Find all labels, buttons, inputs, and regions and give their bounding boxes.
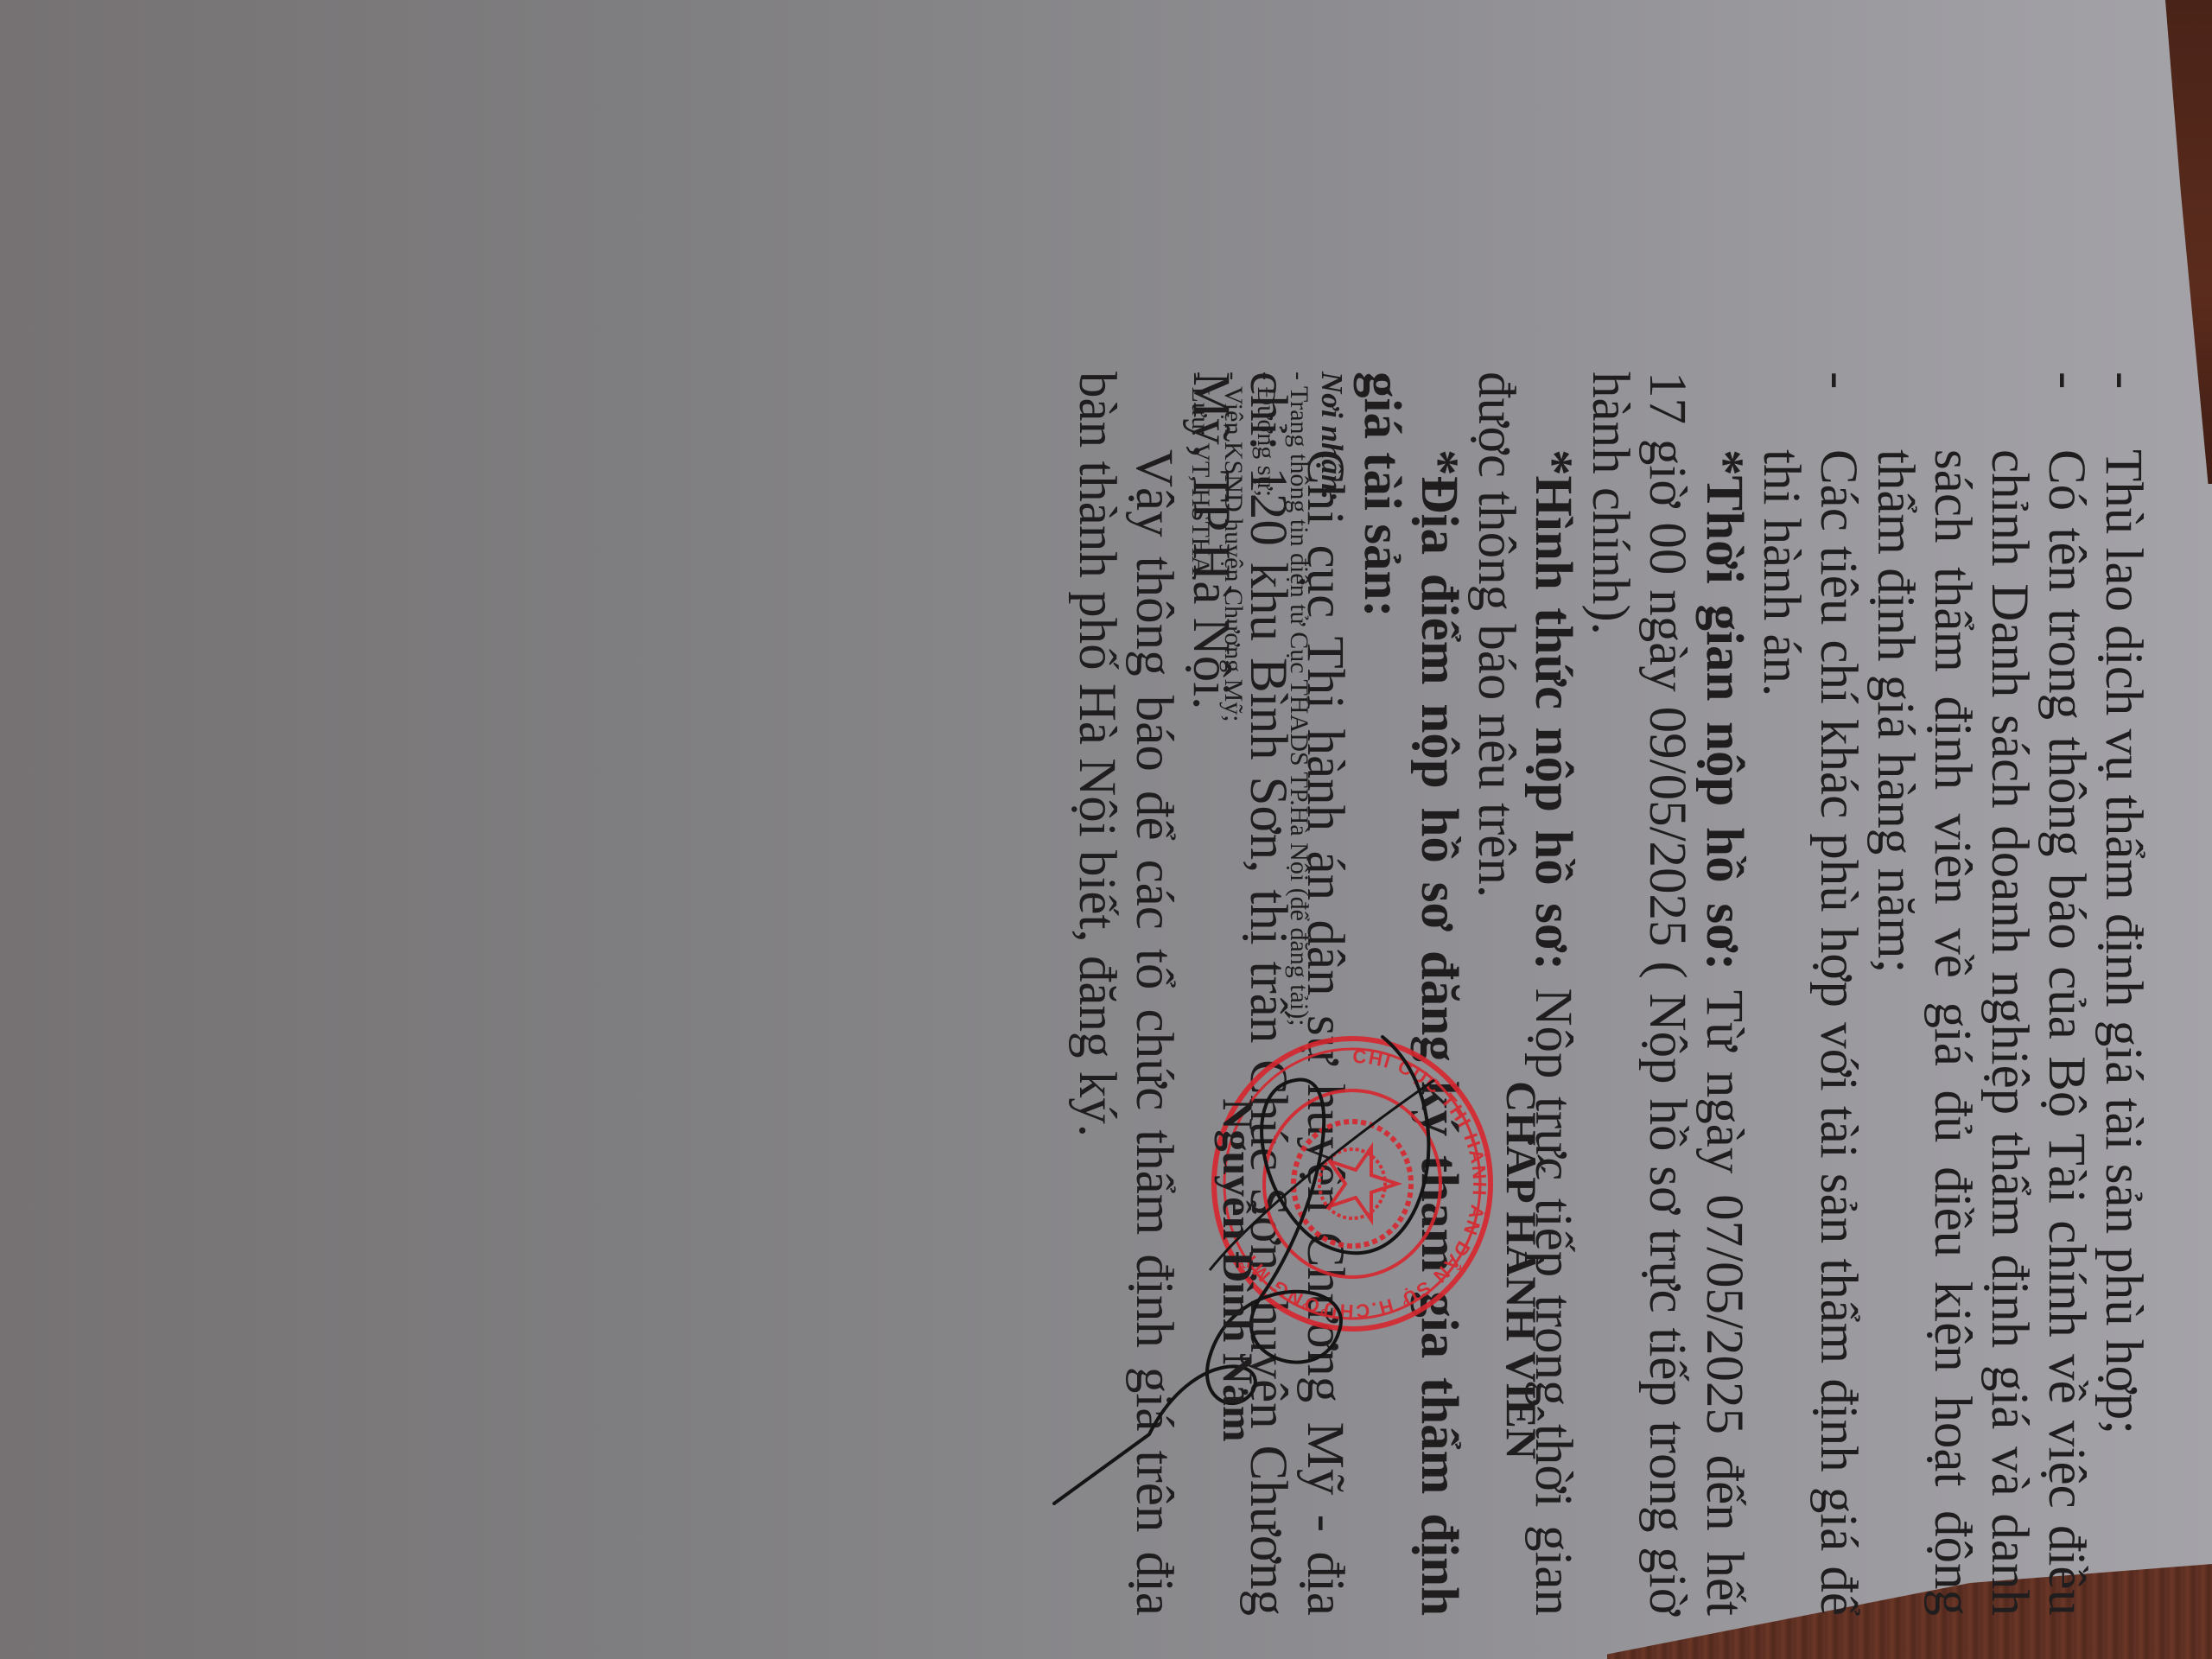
- signature-block: CHẤP HÀNH VIÊN Nguyễn Đình Nam: [1213, 1028, 1547, 1512]
- submission-form-label: *Hình thức nộp hồ sơ:: [1524, 449, 1582, 970]
- photo-scene: - Thù lao dịch vụ thẩm định giá tài sản …: [0, 0, 2212, 1659]
- requirement-item: - Các tiêu chí khác phù hợp với tài sản …: [1752, 372, 1866, 1616]
- submission-time-label: *Thời gian nộp hồ sơ:: [1695, 449, 1753, 970]
- requirement-item: - Thù lao dịch vụ thẩm định giá tài sản …: [2094, 372, 2152, 1616]
- requirement-item: - Có tên trong thông báo của Bộ Tài chín…: [1866, 372, 2094, 1616]
- submission-time: *Thời gian nộp hồ sơ: Từ ngày 07/05/2025…: [1581, 372, 1752, 1616]
- bullet-dash: -: [2037, 372, 2094, 389]
- document-page: - Thù lao dịch vụ thẩm định giá tài sản …: [0, 9, 2212, 1650]
- bullet-dash: -: [1809, 372, 1866, 389]
- signatory-name: Nguyễn Đình Nam: [1213, 1028, 1263, 1512]
- signatory-title: CHẤP HÀNH VIÊN: [1497, 1028, 1547, 1512]
- bullet-dash: -: [2094, 372, 2152, 389]
